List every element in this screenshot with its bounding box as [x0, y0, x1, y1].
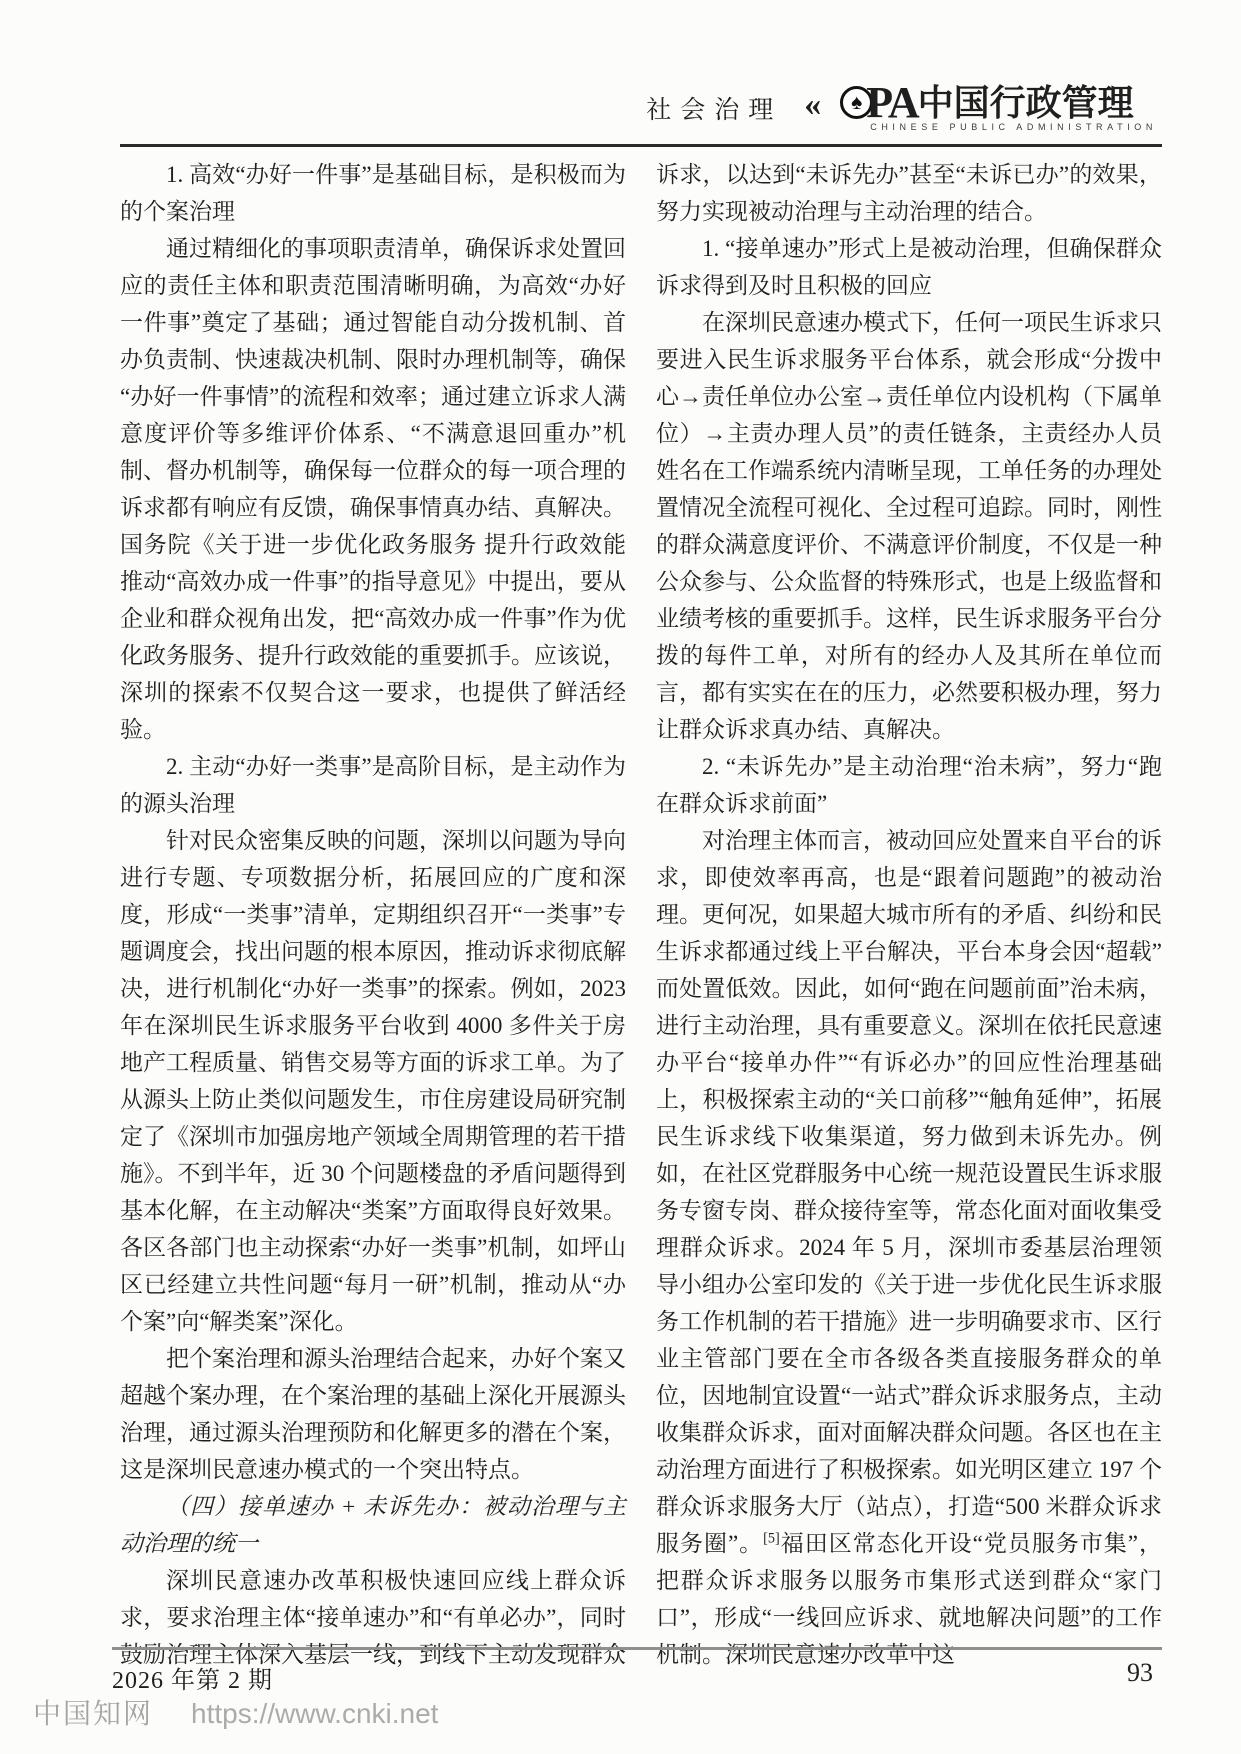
cnki-watermark: 中国知网 https://www.cnki.net	[33, 1692, 438, 1732]
subheading-2: 2. “未诉先办”是主动治理“治未病”，努力“跑在群众诉求前面”	[656, 748, 1162, 822]
paragraph: 把个案治理和源头治理结合起来，办好个案又超越个案办理，在个案治理的基础上深化开展…	[120, 1340, 626, 1488]
journal-logo-row: ♠ PA 中国行政管理	[840, 84, 1133, 121]
section-heading-4: （四）接单速办 + 未诉先办：被动治理与主动治理的统一	[120, 1488, 626, 1562]
page-number: 93	[1127, 1658, 1153, 1688]
cnki-url: https://www.cnki.net	[191, 1698, 438, 1730]
paragraph-continuation: 诉求，以达到“未诉先办”甚至“未诉已办”的效果，努力实现被动治理与主动治理的结合…	[656, 156, 1162, 230]
subheading-1: 1. “接单速办”形式上是被动治理，但确保群众诉求得到及时且积极的回应	[656, 230, 1162, 304]
subheading-1: 1. 高效“办好一件事”是基础目标，是积极而为的个案治理	[120, 156, 626, 230]
page-header: 社会治理 « ♠ PA 中国行政管理 CHINESE PUBLIC ADMINI…	[646, 84, 1157, 132]
section-label: 社会治理	[646, 90, 782, 126]
column-right: 诉求，以达到“未诉先办”甚至“未诉已办”的效果，努力实现被动治理与主动治理的结合…	[656, 156, 1162, 1673]
cnki-brand: 中国知网	[33, 1692, 153, 1732]
article-body: 1. 高效“办好一件事”是基础目标，是积极而为的个案治理 通过精细化的事项职责清…	[120, 156, 1162, 1673]
journal-title-cn: 中国行政管理	[918, 85, 1134, 121]
paragraph: 对治理主体而言，被动回应处置来自平台的诉求，即使效率再高，也是“跟着问题跑”的被…	[656, 822, 1162, 1673]
issue-label: 2026 年第 2 期	[112, 1660, 273, 1695]
journal-title-en: CHINESE PUBLIC ADMINISTRATION	[870, 122, 1157, 132]
subheading-2: 2. 主动“办好一类事”是高阶目标，是主动作为的源头治理	[120, 748, 626, 822]
journal-logo: ♠ PA 中国行政管理 CHINESE PUBLIC ADMINISTRATIO…	[840, 84, 1157, 132]
paragraph: 深圳民意速办改革积极快速回应线上群众诉求，要求治理主体“接单速办”和“有单必办”…	[120, 1562, 626, 1673]
paragraph: 在深圳民意速办模式下，任何一项民生诉求只要进入民生诉求服务平台体系，就会形成“分…	[656, 304, 1162, 748]
citation-ref-5: [5]	[763, 1530, 780, 1546]
paragraph: 针对民众密集反映的问题，深圳以问题为导向进行专题、专项数据分析，拓展回应的广度和…	[120, 822, 626, 1340]
header-rule	[120, 144, 1162, 147]
paragraph: 通过精细化的事项职责清单，确保诉求处置回应的责任主体和职责范围清晰明确，为高效“…	[120, 230, 626, 748]
footer-rule	[112, 1647, 1162, 1650]
paragraph-text: 对治理主体而言，被动回应处置来自平台的诉求，即使效率再高，也是“跟着问题跑”的被…	[656, 828, 1162, 1556]
chevrons-icon: «	[804, 88, 818, 128]
column-left: 1. 高效“办好一件事”是基础目标，是积极而为的个案治理 通过精细化的事项职责清…	[120, 156, 626, 1673]
journal-logo-pa: PA	[866, 84, 917, 121]
journal-page: 社会治理 « ♠ PA 中国行政管理 CHINESE PUBLIC ADMINI…	[0, 0, 1241, 1754]
